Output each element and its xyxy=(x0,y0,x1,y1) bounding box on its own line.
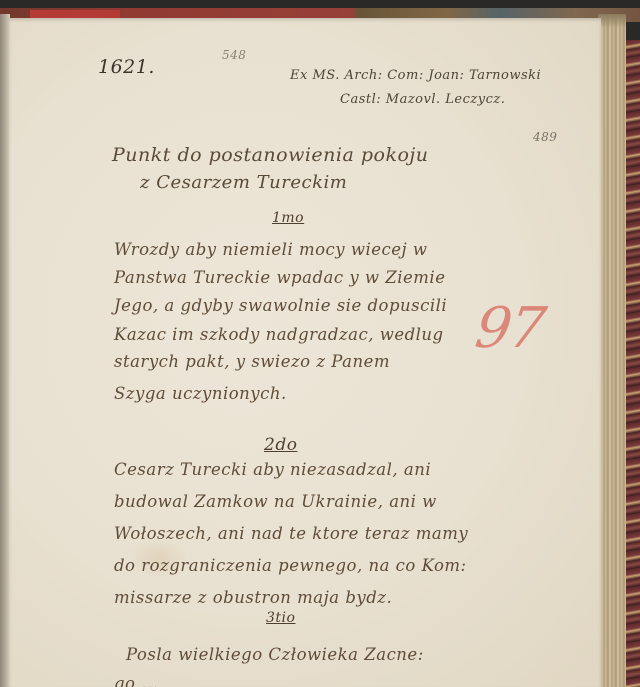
section-1-line: Kazac im szkody nadgradzac, wedlug xyxy=(114,325,444,344)
section-label-1: 1mo xyxy=(272,210,304,226)
section-1-line: Jego, a gdyby swawolnie sie dopuscili xyxy=(114,296,447,315)
manuscript-scan-viewer: 1621. 548 Ex MS. Arch: Com: Joan: Tarnow… xyxy=(0,0,640,687)
document-title-line-1: Punkt do postanowienia pokoju xyxy=(112,144,429,166)
section-label-3: 3tio xyxy=(266,610,295,626)
section-2-line: budowal Zamkow na Ukrainie, ani w xyxy=(114,492,437,511)
source-note-line-1: Ex MS. Arch: Com: Joan: Tarnowski xyxy=(290,68,541,83)
section-2-line: Cesarz Turecki aby niezasadzal, ani xyxy=(114,460,431,479)
marbled-book-cover xyxy=(626,40,640,687)
document-title-line-2: z Cesarzem Tureckim xyxy=(140,172,347,193)
stacked-page-edges xyxy=(598,14,626,687)
section-3-line: Posla wielkiego Człowieka Zacne: xyxy=(126,645,424,664)
section-1-line: starych pakt, y swiezo z Panem xyxy=(114,352,390,371)
section-1-line: Panstwa Tureckie wpadac y w Ziemie xyxy=(114,268,445,287)
header-year: 1621. xyxy=(98,56,155,78)
section-1-line: Wrozdy aby niemieli mocy wiecej w xyxy=(114,240,428,259)
section-2-line: do rozgraniczenia pewnego, na co Kom: xyxy=(114,556,467,575)
section-label-2: 2do xyxy=(264,435,297,455)
section-2-line: Wołoszech, ani nad te ktore teraz mamy xyxy=(114,524,468,543)
margin-red-folio-number: 97 xyxy=(471,296,547,361)
old-folio-number: 548 xyxy=(222,48,246,62)
section-3-line: go ... xyxy=(114,674,158,687)
section-1-line: Szyga uczynionych. xyxy=(114,384,287,403)
source-note-line-2: Castl: Mazovl. Leczycz. xyxy=(340,92,505,107)
new-folio-number: 489 xyxy=(533,130,557,144)
section-2-line: missarze z obustron maja bydz. xyxy=(114,588,392,607)
